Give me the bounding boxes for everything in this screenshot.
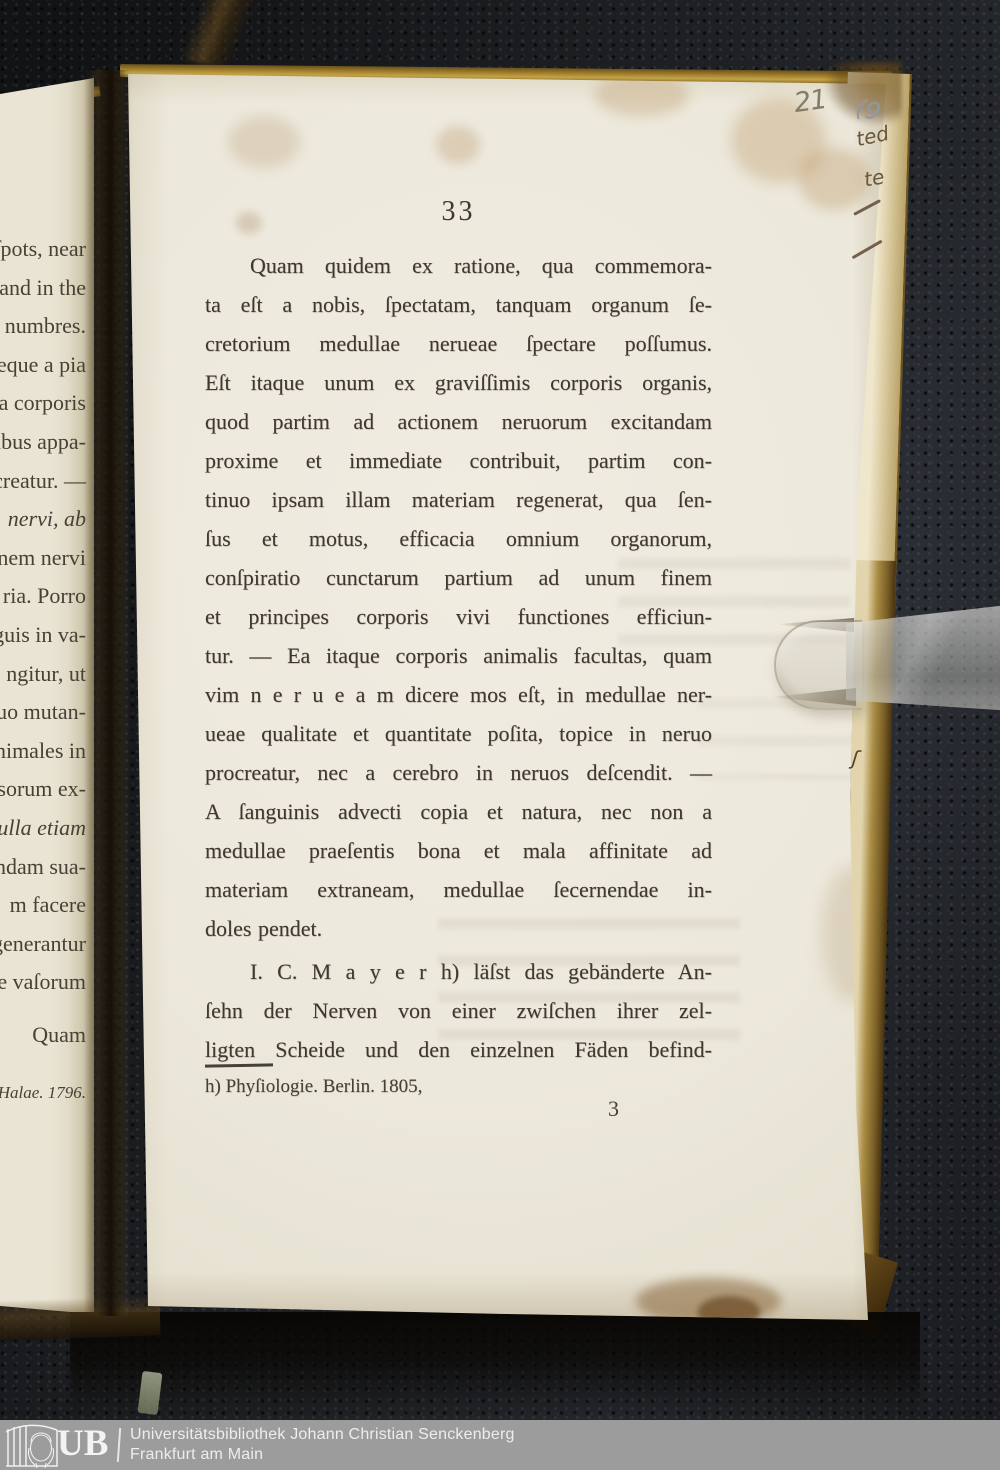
text-line: cretorium medullae nerueae ſpectare poſſ… bbox=[205, 324, 712, 363]
text-line: proxime et immediate contribuit, partim … bbox=[205, 441, 712, 480]
text-line: vim n e r u e a m dicere mos eſt, in med… bbox=[205, 675, 712, 714]
text-line: et principes corporis vivi functiones ef… bbox=[205, 597, 712, 636]
library-name: Universitätsbibliothek Johann Christian … bbox=[130, 1425, 515, 1445]
logo-ub-text: UB bbox=[57, 1425, 108, 1463]
text-line: Eſt itaque unum ex graviſſimis corporis … bbox=[205, 363, 712, 402]
text-line: medullae praeſentis bona et mala affinit… bbox=[205, 831, 712, 870]
text-line: ſus et motus, efficacia omnium organorum… bbox=[205, 519, 712, 558]
text-line: ta eſt a nobis, ſpectatam, tanquam organ… bbox=[205, 285, 712, 324]
text-line: tur. — Ea itaque corporis animalis facul… bbox=[205, 636, 712, 675]
library-location: Frankfurt am Main bbox=[130, 1445, 515, 1465]
latin-paragraph: Quam quidem ex ratione, qua commemora-ta… bbox=[205, 246, 712, 948]
handwritten-folio-number: 21 bbox=[792, 84, 828, 119]
logo-separator bbox=[117, 1428, 121, 1462]
digitized-book-scan: { "scan": { "page": { "page_number": "33… bbox=[0, 0, 1000, 1470]
text-line: ligten Scheide und den einzelnen Fäden b… bbox=[205, 1030, 712, 1069]
text-line: A ſanguinis advecti copia et natura, nec… bbox=[205, 792, 712, 831]
signature-mark: 3 bbox=[608, 1096, 619, 1122]
footnote: h) Phyſiologie. Berlin. 1805, bbox=[205, 1076, 625, 1098]
text-line: doles pendet. bbox=[205, 909, 712, 948]
printed-text-layer: 33 Quam quidem ex ratione, qua commemora… bbox=[0, 0, 1000, 1470]
text-line: ueae qualitate et quantitate poſita, top… bbox=[205, 714, 712, 753]
german-paragraph: I. C. M a y e r h) läſst das gebänderte … bbox=[205, 952, 712, 1069]
text-line: I. C. M a y e r h) läſst das gebänderte … bbox=[205, 952, 712, 991]
text-line: conſpiratio cunctarum partium ad unum fi… bbox=[205, 558, 712, 597]
text-line: ſehn der Nerven von einer zwiſchen ihrer… bbox=[205, 991, 712, 1030]
text-line: materiam extraneam, medullae ſecernendae… bbox=[205, 870, 712, 909]
text-line: procreatur, nec a cerebro in neruos deſc… bbox=[205, 753, 712, 792]
text-line: Quam quidem ex ratione, qua commemora- bbox=[205, 246, 712, 285]
text-line: tinuo ipsam illam materiam regenerat, qu… bbox=[205, 480, 712, 519]
edge-handwriting-note: te bbox=[862, 164, 886, 191]
library-name-block: Universitätsbibliothek Johann Christian … bbox=[130, 1425, 515, 1465]
library-banner: UB Universitätsbibliothek Johann Christi… bbox=[0, 1420, 1000, 1470]
page-number: 33 bbox=[205, 196, 712, 228]
text-line: quod partim ad actionem neruorum excitan… bbox=[205, 402, 712, 441]
